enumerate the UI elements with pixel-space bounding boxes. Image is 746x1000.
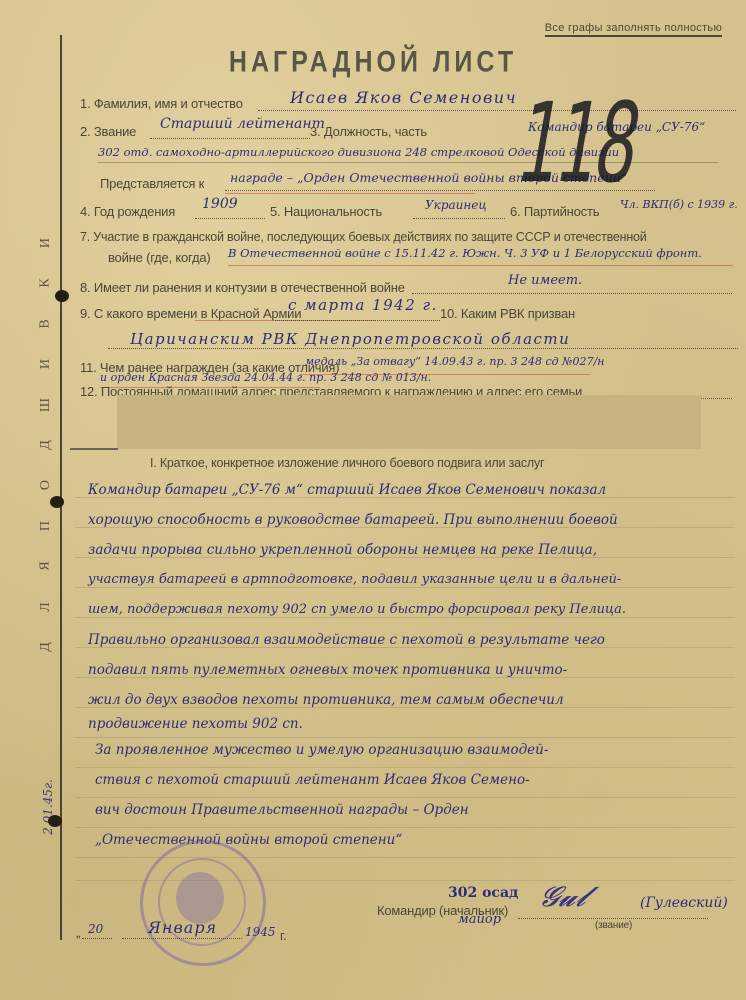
field-2-line [150, 138, 310, 139]
summary-line: „Отечественной войны второй степени“ [95, 832, 402, 848]
date-year-suffix: г. [280, 928, 286, 943]
field-8-line [412, 293, 732, 294]
commander-name: (Гулевский) [640, 895, 728, 911]
field-1-value: Исаев Яков Семенович [290, 88, 517, 107]
field-7-label-continued: войне (где, когда) [108, 250, 211, 265]
registry-number: 118 [511, 88, 646, 198]
field-7-value: В Отечественной войне с 15.11.42 г. Южн.… [228, 246, 702, 260]
binding-margin-label: И К В И Ш Д О П Я Л Д [38, 235, 54, 655]
commander-unit: 302 осад [448, 885, 518, 901]
signature-line [518, 918, 708, 919]
margin-rule [60, 35, 62, 940]
summary-line: ствия с пехотой старший лейтенант Исаев … [95, 772, 530, 788]
summary-line: шем, поддерживая пехоту 902 сп умело и б… [88, 602, 626, 617]
summary-line: подавил пять пулеметных огневых точек пр… [88, 662, 567, 678]
fill-all-fields-note: Все графы заполнять полностью [545, 22, 722, 37]
margin-letter: Ш [38, 398, 54, 412]
punch-hole [48, 815, 62, 827]
summary-line: хорошую способность в руководстве батаре… [88, 512, 618, 528]
field-9-label: 9. С какого времени в Красной Армии [80, 306, 301, 321]
field-1-line [258, 110, 736, 111]
punch-hole [50, 496, 64, 508]
field-4-label: 4. Год рождения [80, 204, 175, 219]
rank-caption: (звание) [595, 920, 632, 931]
date-quote-open: „ [76, 925, 80, 940]
date-day: 20 [88, 922, 103, 936]
field-2-value: Старший лейтенант [160, 116, 325, 132]
redacted-address [117, 395, 701, 449]
commander-rank: майор [458, 912, 501, 927]
date-day-line [82, 938, 112, 939]
field-3-label: 3. Должность, часть [310, 124, 427, 139]
field-2-label: 2. Звание [80, 124, 136, 139]
official-stamp-emblem [176, 872, 224, 924]
margin-letter: Д [38, 642, 54, 652]
field-7-label: 7. Участие в гражданской войне, последую… [80, 230, 647, 244]
margin-letter: О [38, 480, 54, 490]
margin-letter: И [38, 359, 54, 369]
summary-line: продвижение пехоты 902 сп. [88, 716, 303, 732]
section-divider [70, 448, 118, 450]
ruled-line [75, 587, 735, 588]
ruled-line [75, 617, 735, 618]
nominated-underline [225, 193, 475, 194]
field-10-line [108, 348, 738, 349]
field-7-underline [228, 265, 733, 266]
field-9-line [275, 320, 440, 321]
date-year: 1945 [245, 925, 276, 939]
field-1-label: 1. Фамилия, имя и отчество [80, 96, 243, 111]
ruled-line [75, 767, 735, 768]
margin-letter: Я [38, 561, 54, 570]
field-9-value: с марта 1942 г. [288, 296, 438, 314]
margin-letter: Д [38, 440, 54, 450]
field-6-value: Чл. ВКП(б) с 1939 г. [620, 198, 738, 211]
field-8-value: Не имеет. [508, 273, 582, 288]
summary-line: участвуя батареей в артподготовке, подав… [88, 572, 621, 587]
margin-letter: В [38, 319, 54, 328]
ruled-line [75, 797, 735, 798]
summary-line: Правильно организовал взаимодействие с п… [88, 632, 605, 648]
margin-letter: Л [38, 602, 54, 612]
field-5-line [413, 218, 505, 219]
field-10-label: 10. Каким РВК призван [440, 306, 575, 321]
margin-letter: К [38, 279, 54, 288]
summary-heading: I. Краткое, конкретное изложение личного… [150, 456, 544, 470]
field-4-value: 1909 [202, 196, 238, 212]
field-10-value: Царичанским РВК Днепропетровской области [130, 330, 570, 348]
field-5-value: Украинец [425, 198, 487, 212]
field-8-label: 8. Имеет ли ранения и контузии в отечест… [80, 280, 405, 295]
ruled-line [75, 737, 735, 738]
document-title: НАГРАДНОЙ ЛИСТ [0, 45, 746, 80]
nominated-label: Представляется к [100, 176, 204, 191]
commander-signature: 𝓖𝓾𝓵 [535, 880, 592, 914]
field-11-value-continued: и орден Красная Звезда 24.04.44 г. пр. 3… [100, 371, 431, 384]
field-5-label: 5. Национальность [270, 204, 382, 219]
field-11-value: медаль „За отвагу“ 14.09.43 г. пр. 3 248… [305, 355, 604, 368]
summary-line: За проявленное мужество и умелую организ… [95, 742, 548, 758]
date-month: Января [148, 918, 217, 937]
field-4-line [195, 218, 265, 219]
summary-line: задачи прорыва сильно укрепленной оборон… [88, 542, 597, 558]
date-month-line [122, 938, 242, 939]
margin-letter: П [38, 521, 54, 531]
margin-letter: И [38, 238, 54, 248]
punch-hole [55, 290, 69, 302]
ruled-line [75, 827, 735, 828]
summary-line: вич достоин Правительственной награды – … [95, 802, 469, 818]
summary-line: жил до двух взводов пехоты противника, т… [88, 692, 564, 708]
summary-line: Командир батареи „СУ-76 м“ старший Исаев… [88, 482, 606, 498]
